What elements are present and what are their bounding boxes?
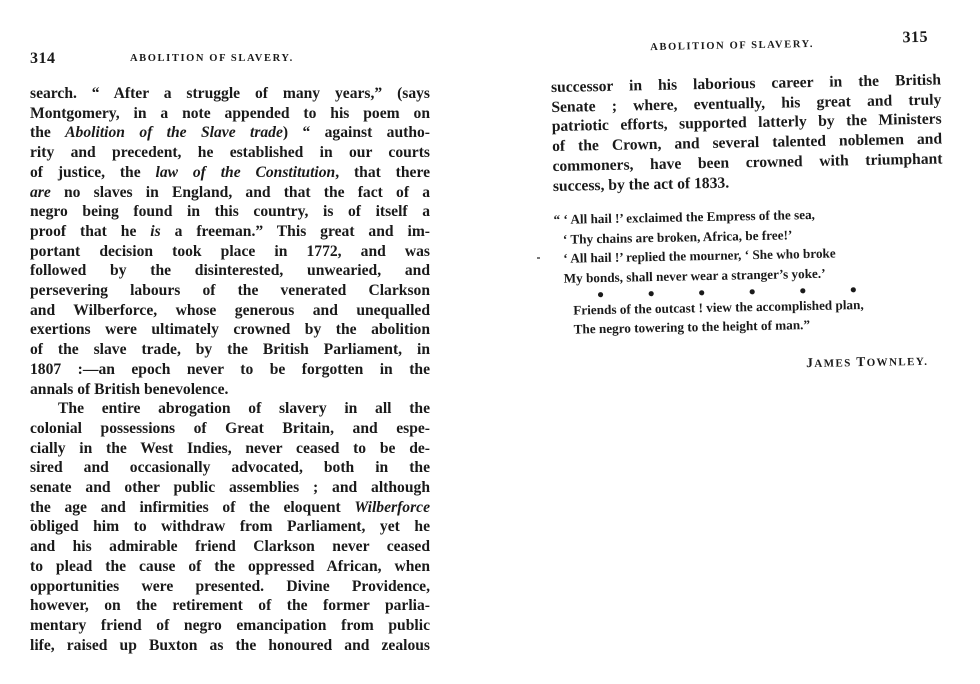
text-line: of justice, the law of the Constitution,… <box>30 163 430 183</box>
left-page-header: 314 ABOLITION OF SLAVERY. <box>30 50 430 74</box>
attribution-text: OWNLEY. <box>867 356 929 369</box>
text-line: mentary friend of negro emancipation fro… <box>30 616 430 636</box>
text-line: 1807 :—an epoch never to be forgotten in… <box>30 360 430 380</box>
text-line: annals of British benevolence. <box>30 380 430 400</box>
star-glyph: ● <box>799 284 806 296</box>
star-glyph: ● <box>850 283 857 295</box>
text-line: are no slaves in England, and that the f… <box>30 183 430 203</box>
text-line: however, on the retirement of the former… <box>30 596 430 616</box>
verse-quote: “ ‘ All hail !’ exclaimed the Empress of… <box>553 203 945 340</box>
text-line: Montgomery, in a note appended to his po… <box>30 104 430 124</box>
text-line: exertions were ultimately crowned by the… <box>30 320 430 340</box>
page-number: 315 <box>902 29 928 47</box>
star-glyph: ● <box>748 285 755 297</box>
text-line: sired and occasionally advocated, both i… <box>30 458 430 478</box>
star-glyph: ● <box>597 288 604 300</box>
text-line: negro being found in this country, is of… <box>30 202 430 222</box>
right-page: ABOLITION OF SLAVERY. 315 successor in h… <box>550 29 946 376</box>
attribution-text: AMES <box>814 357 852 370</box>
text-line: proof that he is a freeman.” This great … <box>30 222 430 242</box>
text-line: and Wilberforce, whose generous and uneq… <box>30 301 430 321</box>
text-line: life, raised up Buxton as the honoured a… <box>30 636 430 656</box>
left-page: 314 ABOLITION OF SLAVERY. search. “ Afte… <box>30 50 430 655</box>
text-line: The entire abrogation of slavery in all … <box>30 399 430 419</box>
text-line: cially in the West Indies, never ceased … <box>30 439 430 459</box>
text-line: senate and other public assemblies ; and… <box>30 478 430 498</box>
star-glyph: ● <box>647 287 654 299</box>
text-line: obliged him to withdraw from Parliament,… <box>30 517 430 537</box>
right-body-text: successor in his laborious career in the… <box>551 71 943 197</box>
text-line: to plead the cause of the oppressed Afri… <box>30 557 430 577</box>
text-line: the age and infirmities of the eloquent … <box>30 498 430 518</box>
text-line: of the slave trade, by the British Parli… <box>30 340 430 360</box>
text-line: portant decision took place in 1772, and… <box>30 242 430 262</box>
right-page-header: ABOLITION OF SLAVERY. 315 <box>550 29 940 60</box>
scan-speck <box>30 520 34 521</box>
text-line: opportunities were presented. Divine Pro… <box>30 577 430 597</box>
text-line: the Abolition of the Slave trade) “ agai… <box>30 123 430 143</box>
star-glyph: ● <box>698 286 705 298</box>
text-line: colonial possessions of Great Britain, a… <box>30 419 430 439</box>
running-title: ABOLITION OF SLAVERY. <box>650 39 814 53</box>
text-line: and his admirable friend Clarkson never … <box>30 537 430 557</box>
text-line: followed by the disinterested, unwearied… <box>30 261 430 281</box>
attribution-initial: J <box>806 355 814 370</box>
page-number: 314 <box>30 50 56 68</box>
attribution: JAMES TOWNLEY. <box>556 353 928 376</box>
scan-speck <box>537 257 540 259</box>
running-title: ABOLITION OF SLAVERY. <box>130 53 294 64</box>
text-line: persevering labours of the venerated Cla… <box>30 281 430 301</box>
attribution-initial: T <box>856 354 867 369</box>
left-body-text: search. “ After a struggle of many years… <box>30 84 430 655</box>
text-line: rity and precedent, he established in ou… <box>30 143 430 163</box>
text-line: search. “ After a struggle of many years… <box>30 84 430 104</box>
